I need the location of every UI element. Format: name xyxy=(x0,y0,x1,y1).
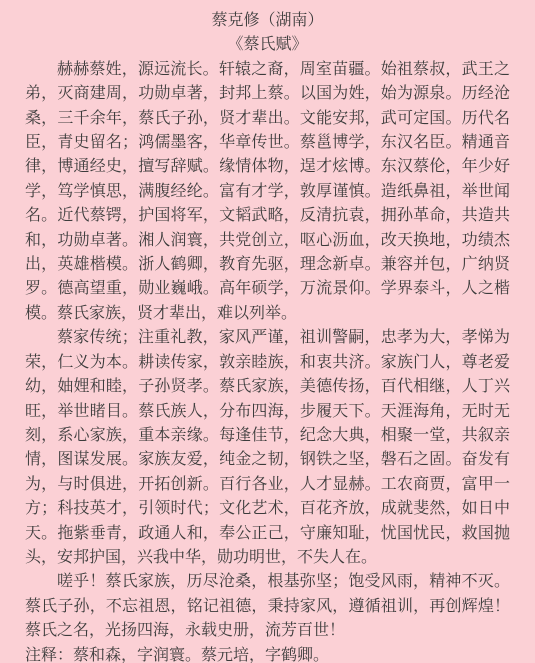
doc-title: 《蔡氏赋》 xyxy=(25,32,510,56)
paragraph-origins: 赫赫蔡姓，源远流长。轩辕之裔，周室苗疆。始祖蔡叔，武王之弟，灭商建周，功勋卓著，… xyxy=(25,57,510,325)
paragraph-traditions: 蔡家传统；注重礼教，家风严谨，祖训警嗣，忠孝为大，孝悌为荣，仁义为本。耕读传家，… xyxy=(25,325,510,569)
note-line: 注释：蔡和森，字润寰。蔡元培，字鹤卿。 xyxy=(25,643,510,663)
paragraph-closing: 嗟乎！蔡氏家族，历尽沧桑，根基弥坚；饱受风雨，精神不灭。蔡氏子孙，不忘祖恩，铭记… xyxy=(25,569,510,642)
author-line: 蔡克修（湖南） xyxy=(25,8,510,32)
document-page: 蔡克修（湖南） 《蔡氏赋》 赫赫蔡姓，源远流长。轩辕之裔，周室苗疆。始祖蔡叔，武… xyxy=(0,0,535,663)
